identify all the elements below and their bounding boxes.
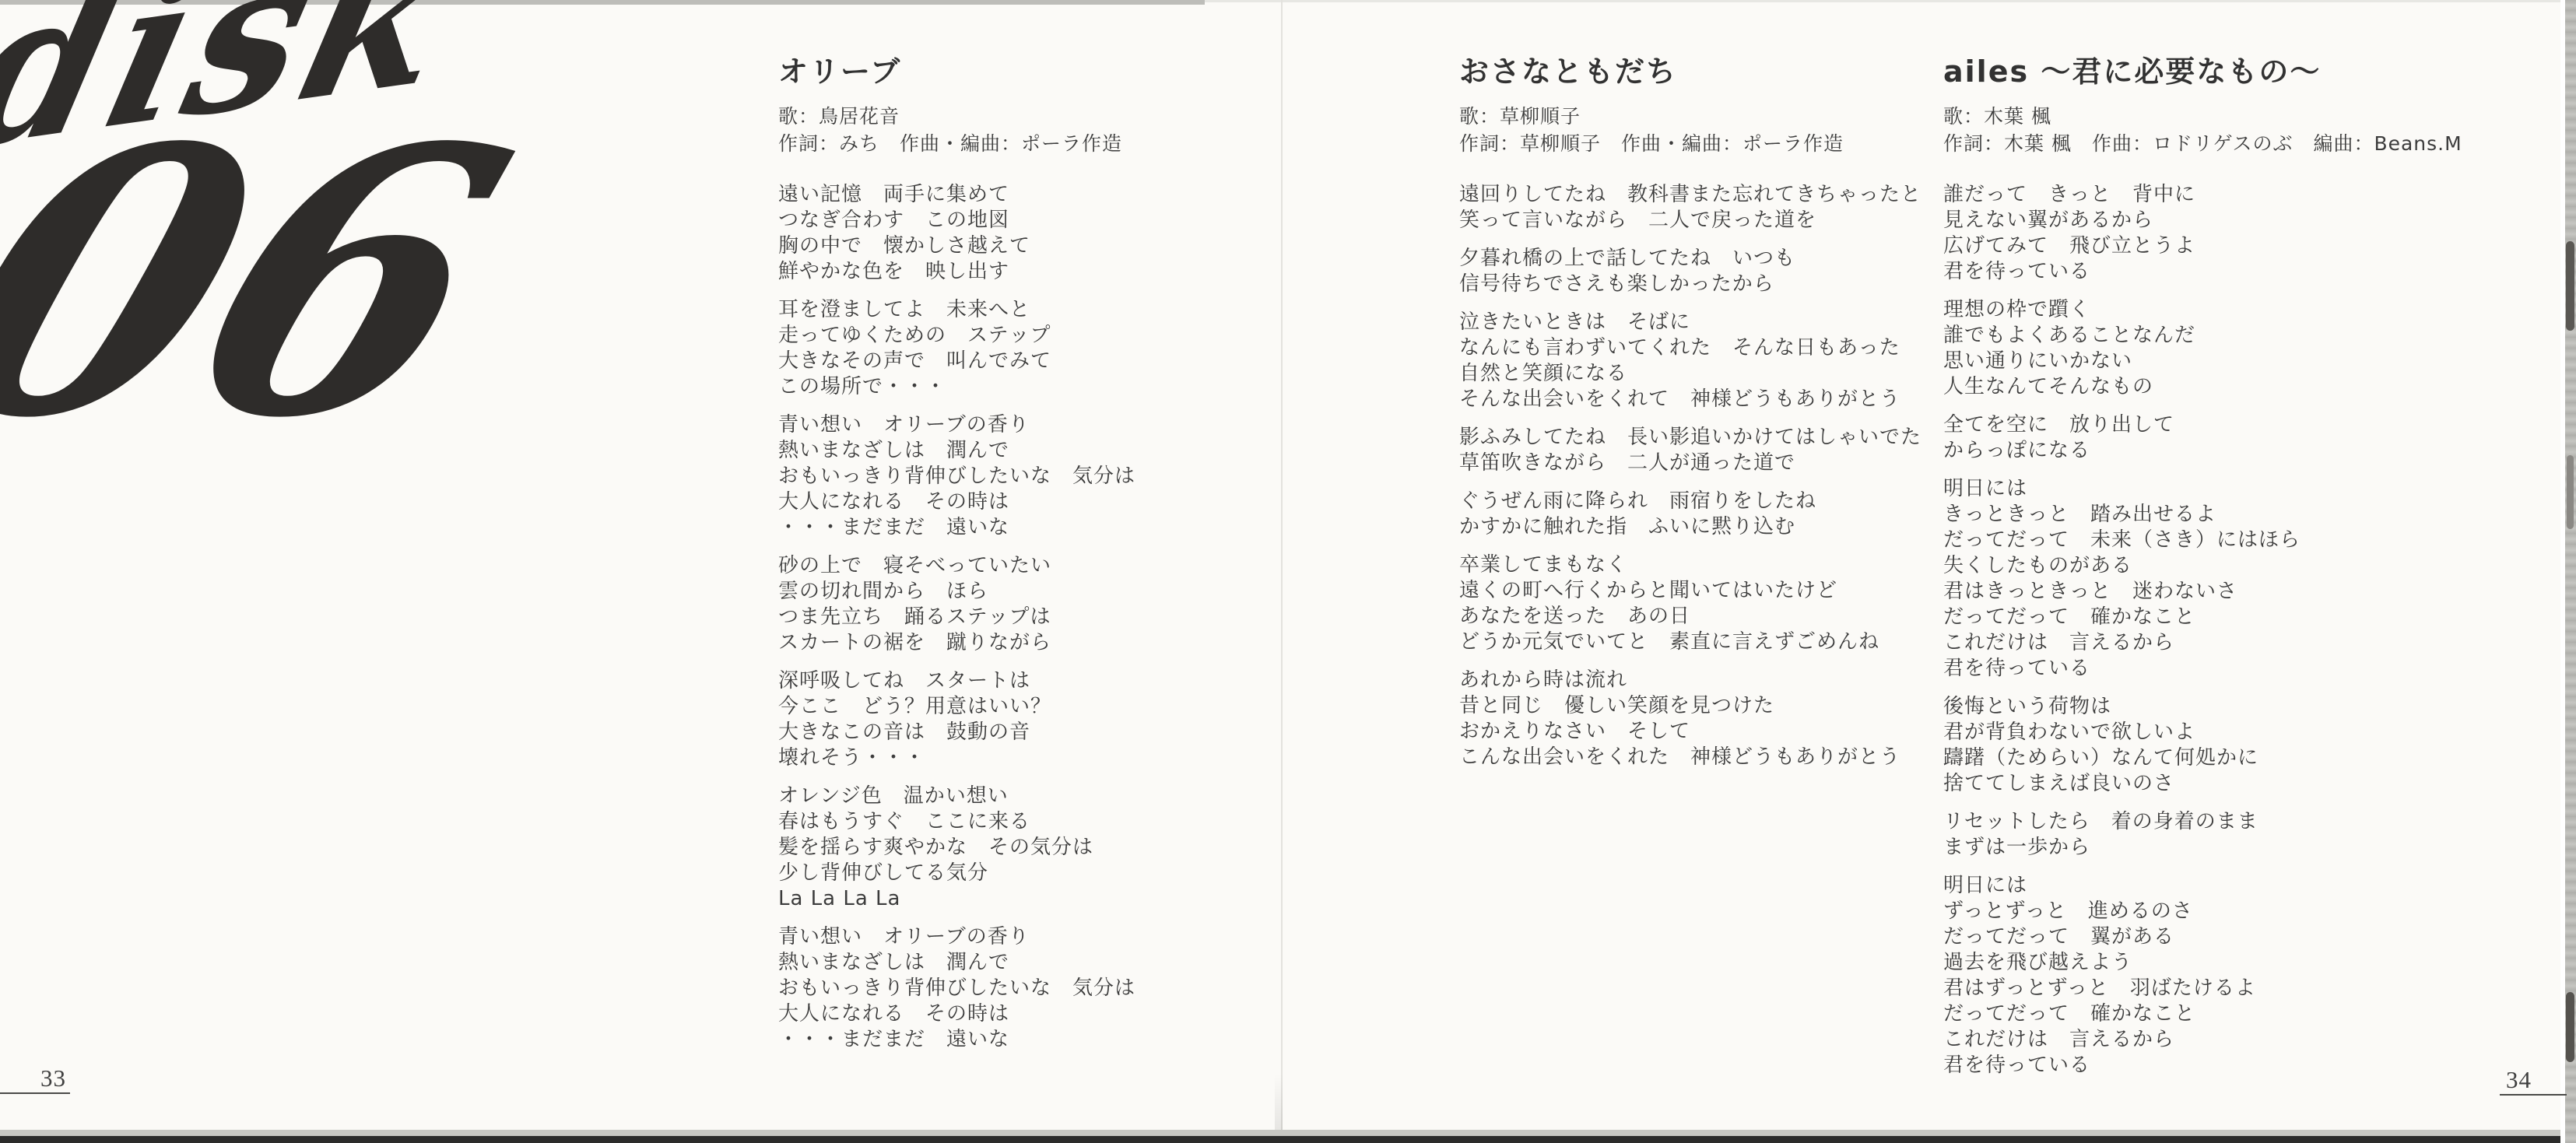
verse: 全てを空に 放り出してからっぽになる: [1943, 412, 2488, 464]
lyric-line: 大人になれる その時は: [778, 1001, 1276, 1027]
lyric-line: 誰でもよくあることなんだ: [1943, 323, 2488, 349]
verse: 明日にはずっとずっと 進めるのさだってだって 翼がある過去を飛び越えよう君はずっ…: [1943, 873, 2488, 1078]
lyric-line: これだけは 言えるから: [1943, 630, 2488, 656]
lyric-line: 君はきっときっと 迷わないさ: [1943, 579, 2488, 605]
lyric-line: 壊れそう・・・: [778, 745, 1276, 771]
lyric-line: La La La La: [778, 886, 1276, 912]
verse: 理想の枠で躓く誰でもよくあることなんだ思い通りにいかない人生なんてそんなもの: [1943, 297, 2488, 400]
song-column-ailes: ailes ～君に必要なもの～ 歌：木葉 楓 作詞：木葉 楓 作曲：ロドリゲスの…: [1943, 54, 2488, 1091]
lyric-line: だってだって 確かなこと: [1943, 1001, 2488, 1027]
lyric-line: 明日には: [1943, 873, 2488, 899]
song-singer: 歌：木葉 楓: [1943, 103, 2488, 130]
lyric-line: おもいっきり背伸びしたいな 気分は: [778, 464, 1276, 489]
lyric-line: そんな出会いをくれて 神様どうもありがとう: [1459, 387, 1957, 412]
lyric-line: だってだって 翼がある: [1943, 924, 2488, 950]
verse: 明日にはきっときっと 踏み出せるよだってだって 未来（さき）にはほら失くしたもの…: [1943, 476, 2488, 682]
song-singer: 歌：草柳順子: [1459, 103, 1957, 130]
lyric-line: 信号待ちでさえも楽しかったから: [1459, 272, 1957, 297]
verse: リセットしたら 着の身着のまままずは一歩から: [1943, 809, 2488, 861]
verse: オレンジ色 温かい想い春はもうすぐ ここに来る髪を揺らす爽やかな その気分は少し…: [778, 784, 1276, 912]
lyric-line: 春はもうすぐ ここに来る: [778, 809, 1276, 835]
lyric-line: ・・・まだまだ 遠いな: [778, 1027, 1276, 1053]
lyric-line: これだけは 言えるから: [1943, 1027, 2488, 1053]
lyric-line: 青い想い オリーブの香り: [778, 412, 1276, 438]
lyric-line: 躊躇（ためらい）なんて何処かに: [1943, 745, 2488, 771]
song-title: ailes ～君に必要なもの～: [1943, 54, 2488, 89]
lyric-line: 草笛吹きながら 二人が通った道で: [1459, 451, 1957, 476]
lyric-line: 今ここ どう？用意はいい？: [778, 694, 1276, 720]
verse: 遠い記憶 両手に集めてつなぎ合わす この地図胸の中で 懐かしさ越えて鮮やかな色を…: [778, 182, 1276, 285]
verse: 青い想い オリーブの香り熱いまなざしは 潤んでおもいっきり背伸びしたいな 気分は…: [778, 412, 1276, 541]
lyric-line: なんにも言わずいてくれた そんな日もあった: [1459, 335, 1957, 361]
lyric-line: 全てを空に 放り出して: [1943, 412, 2488, 438]
lyric-line: この場所で・・・: [778, 374, 1276, 400]
verse: 影ふみしてたね 長い影追いかけてはしゃいでた草笛吹きながら 二人が通った道で: [1459, 425, 1957, 476]
lyrics-block: 遠い記憶 両手に集めてつなぎ合わす この地図胸の中で 懐かしさ越えて鮮やかな色を…: [778, 182, 1276, 1053]
lyric-line: 君を待っている: [1943, 656, 2488, 682]
lyric-line: 明日には: [1943, 476, 2488, 502]
verse: 夕暮れ橋の上で話してたね いつも信号待ちでさえも楽しかったから: [1459, 246, 1957, 297]
page-spine-line: [1281, 0, 1283, 1143]
lyric-line: 人生なんてそんなもの: [1943, 374, 2488, 400]
lyric-line: 走ってゆくための ステップ: [778, 323, 1276, 349]
lyric-line: ずっとずっと 進めるのさ: [1943, 899, 2488, 924]
lyric-line: 青い想い オリーブの香り: [778, 924, 1276, 950]
song-credits: 作詞：木葉 楓 作曲：ロドリゲスのぶ 編曲：Beans.M: [1943, 130, 2488, 157]
lyrics-block: 遠回りしてたね 教科書また忘れてきちゃったと笑って言いながら 二人で戻った道を夕…: [1459, 182, 1957, 770]
lyric-line: 熱いまなざしは 潤んで: [778, 950, 1276, 976]
song-title: おさなともだち: [1459, 54, 1957, 89]
lyric-line: 君はずっとずっと 羽ばたけるよ: [1943, 976, 2488, 1001]
lyric-line: 失くしたものがある: [1943, 553, 2488, 579]
booklet-spread: disk 06 オリーブ 歌：鳥居花音 作詞：みち 作曲・編曲：ポーラ作造 遠い…: [0, 0, 2576, 1143]
lyric-line: からっぽになる: [1943, 438, 2488, 464]
lyric-line: かすかに触れた指 ふいに黙り込む: [1459, 514, 1957, 540]
lyric-line: 誰だって きっと 背中に: [1943, 182, 2488, 208]
lyric-line: つなぎ合わす この地図: [778, 208, 1276, 233]
lyric-line: 少し背伸びしてる気分: [778, 861, 1276, 886]
lyric-line: つま先立ち 踊るステップは: [778, 605, 1276, 630]
lyric-line: 卒業してまもなく: [1459, 552, 1957, 578]
scan-edge-right: [2565, 0, 2576, 1143]
song-title: オリーブ: [778, 54, 1276, 89]
lyric-line: ・・・まだまだ 遠いな: [778, 515, 1276, 541]
song-credits: 作詞：草柳順子 作曲・編曲：ポーラ作造: [1459, 130, 1957, 157]
lyric-line: 影ふみしてたね 長い影追いかけてはしゃいでた: [1459, 425, 1957, 451]
scan-edge-right-mark: [2566, 241, 2574, 331]
lyric-line: 君が背負わないで欲しいよ: [1943, 720, 2488, 745]
disk-number-lettering: 06: [0, 68, 546, 498]
verse: 誰だって きっと 背中に見えない翼があるから広げてみて 飛び立とうよ君を待ってい…: [1943, 182, 2488, 285]
scan-edge-bottom-light: [0, 1130, 2576, 1136]
verse: ぐうぜん雨に降られ 雨宿りをしたねかすかに触れた指 ふいに黙り込む: [1459, 489, 1957, 540]
lyric-line: 捨ててしまえば良いのさ: [1943, 771, 2488, 797]
disk-06-artwork: disk 06: [0, 0, 700, 560]
lyric-line: 思い通りにいかない: [1943, 349, 2488, 374]
verse: 青い想い オリーブの香り熱いまなざしは 潤んでおもいっきり背伸びしたいな 気分は…: [778, 924, 1276, 1053]
lyric-line: おかえりなさい そして: [1459, 719, 1957, 745]
lyric-line: 自然と笑顔になる: [1459, 361, 1957, 387]
lyric-line: 髪を揺らす爽やかな その気分は: [778, 835, 1276, 861]
verse: あれから時は流れ昔と同じ 優しい笑顔を見つけたおかえりなさい そしてこんな出会い…: [1459, 668, 1957, 770]
lyric-line: 雲の切れ間から ほら: [778, 579, 1276, 605]
lyric-line: 笑って言いながら 二人で戻った道を: [1459, 208, 1957, 233]
lyric-line: 理想の枠で躓く: [1943, 297, 2488, 323]
lyric-line: 鮮やかな色を 映し出す: [778, 259, 1276, 285]
lyric-line: 遠くの町へ行くからと聞いてはいたけど: [1459, 578, 1957, 604]
page-number-rule-right: [2500, 1094, 2567, 1096]
lyric-line: あれから時は流れ: [1459, 668, 1957, 693]
page-number-right: 34: [2506, 1066, 2532, 1094]
lyric-line: おもいっきり背伸びしたいな 気分は: [778, 976, 1276, 1001]
lyric-line: 深呼吸してね スタートは: [778, 668, 1276, 694]
verse: 後悔という荷物は君が背負わないで欲しいよ躊躇（ためらい）なんて何処かに捨ててしま…: [1943, 694, 2488, 797]
lyric-line: あなたを送った あの日: [1459, 604, 1957, 629]
song-column-olive: オリーブ 歌：鳥居花音 作詞：みち 作曲・編曲：ポーラ作造 遠い記憶 両手に集め…: [778, 54, 1276, 1065]
lyric-line: 君を待っている: [1943, 259, 2488, 285]
lyric-line: 胸の中で 懐かしさ越えて: [778, 233, 1276, 259]
lyric-line: どうか元気でいてと 素直に言えずごめんね: [1459, 629, 1957, 655]
song-column-osanatomodachi: おさなともだち 歌：草柳順子 作詞：草柳順子 作曲・編曲：ポーラ作造 遠回りして…: [1459, 54, 1957, 783]
lyric-line: 耳を澄ましてよ 未来へと: [778, 297, 1276, 323]
scan-edge-top-left: [0, 0, 1205, 5]
lyric-line: 夕暮れ橋の上で話してたね いつも: [1459, 246, 1957, 272]
lyric-line: こんな出会いをくれた 神様どうもありがとう: [1459, 745, 1957, 770]
verse: 遠回りしてたね 教科書また忘れてきちゃったと笑って言いながら 二人で戻った道を: [1459, 182, 1957, 233]
lyric-line: 砂の上で 寝そべっていたい: [778, 553, 1276, 579]
page-number-rule-left: [0, 1092, 70, 1094]
verse: 耳を澄ましてよ 未来へと走ってゆくための ステップ大きなその声で 叫んでみてこの…: [778, 297, 1276, 400]
lyric-line: 遠い記憶 両手に集めて: [778, 182, 1276, 208]
verse: 砂の上で 寝そべっていたい雲の切れ間から ほらつま先立ち 踊るステップはスカート…: [778, 553, 1276, 656]
scan-edge-bottom-dark: [0, 1136, 2576, 1143]
scan-edge-right-mark: [2567, 455, 2574, 529]
lyric-line: 君を待っている: [1943, 1053, 2488, 1078]
lyric-line: まずは一歩から: [1943, 835, 2488, 861]
lyric-line: だってだって 未来（さき）にはほら: [1943, 528, 2488, 553]
lyric-line: 泣きたいときは そばに: [1459, 310, 1957, 335]
lyric-line: 熱いまなざしは 潤んで: [778, 438, 1276, 464]
song-credits: 作詞：みち 作曲・編曲：ポーラ作造: [778, 130, 1276, 157]
lyric-line: だってだって 確かなこと: [1943, 605, 2488, 630]
scan-edge-right-mark: [2566, 992, 2574, 1062]
disk-word-lettering: disk: [0, 0, 478, 196]
verse: 深呼吸してね スタートは今ここ どう？用意はいい？大きなこの音は 鼓動の音壊れそ…: [778, 668, 1276, 771]
scan-edge-top-right: [1205, 0, 2576, 2]
lyric-line: リセットしたら 着の身着のまま: [1943, 809, 2488, 835]
lyric-line: 広げてみて 飛び立とうよ: [1943, 233, 2488, 259]
lyric-line: 大きなその声で 叫んでみて: [778, 349, 1276, 374]
lyric-line: 昔と同じ 優しい笑顔を見つけた: [1459, 693, 1957, 719]
lyric-line: ぐうぜん雨に降られ 雨宿りをしたね: [1459, 489, 1957, 514]
song-singer: 歌：鳥居花音: [778, 103, 1276, 130]
lyric-line: 過去を飛び越えよう: [1943, 950, 2488, 976]
lyric-line: 大人になれる その時は: [778, 489, 1276, 515]
lyric-line: オレンジ色 温かい想い: [778, 784, 1276, 809]
lyric-line: 遠回りしてたね 教科書また忘れてきちゃったと: [1459, 182, 1957, 208]
lyric-line: きっときっと 踏み出せるよ: [1943, 502, 2488, 528]
verse: 卒業してまもなく遠くの町へ行くからと聞いてはいたけどあなたを送った あの日どうか…: [1459, 552, 1957, 655]
verse: 泣きたいときは そばになんにも言わずいてくれた そんな日もあった自然と笑顔になる…: [1459, 310, 1957, 412]
lyric-line: スカートの裾を 蹴りながら: [778, 630, 1276, 656]
lyrics-block: 誰だって きっと 背中に見えない翼があるから広げてみて 飛び立とうよ君を待ってい…: [1943, 182, 2488, 1078]
lyric-line: 後悔という荷物は: [1943, 694, 2488, 720]
page-number-left: 33: [40, 1064, 66, 1092]
lyric-line: 見えない翼があるから: [1943, 208, 2488, 233]
lyric-line: 大きなこの音は 鼓動の音: [778, 720, 1276, 745]
